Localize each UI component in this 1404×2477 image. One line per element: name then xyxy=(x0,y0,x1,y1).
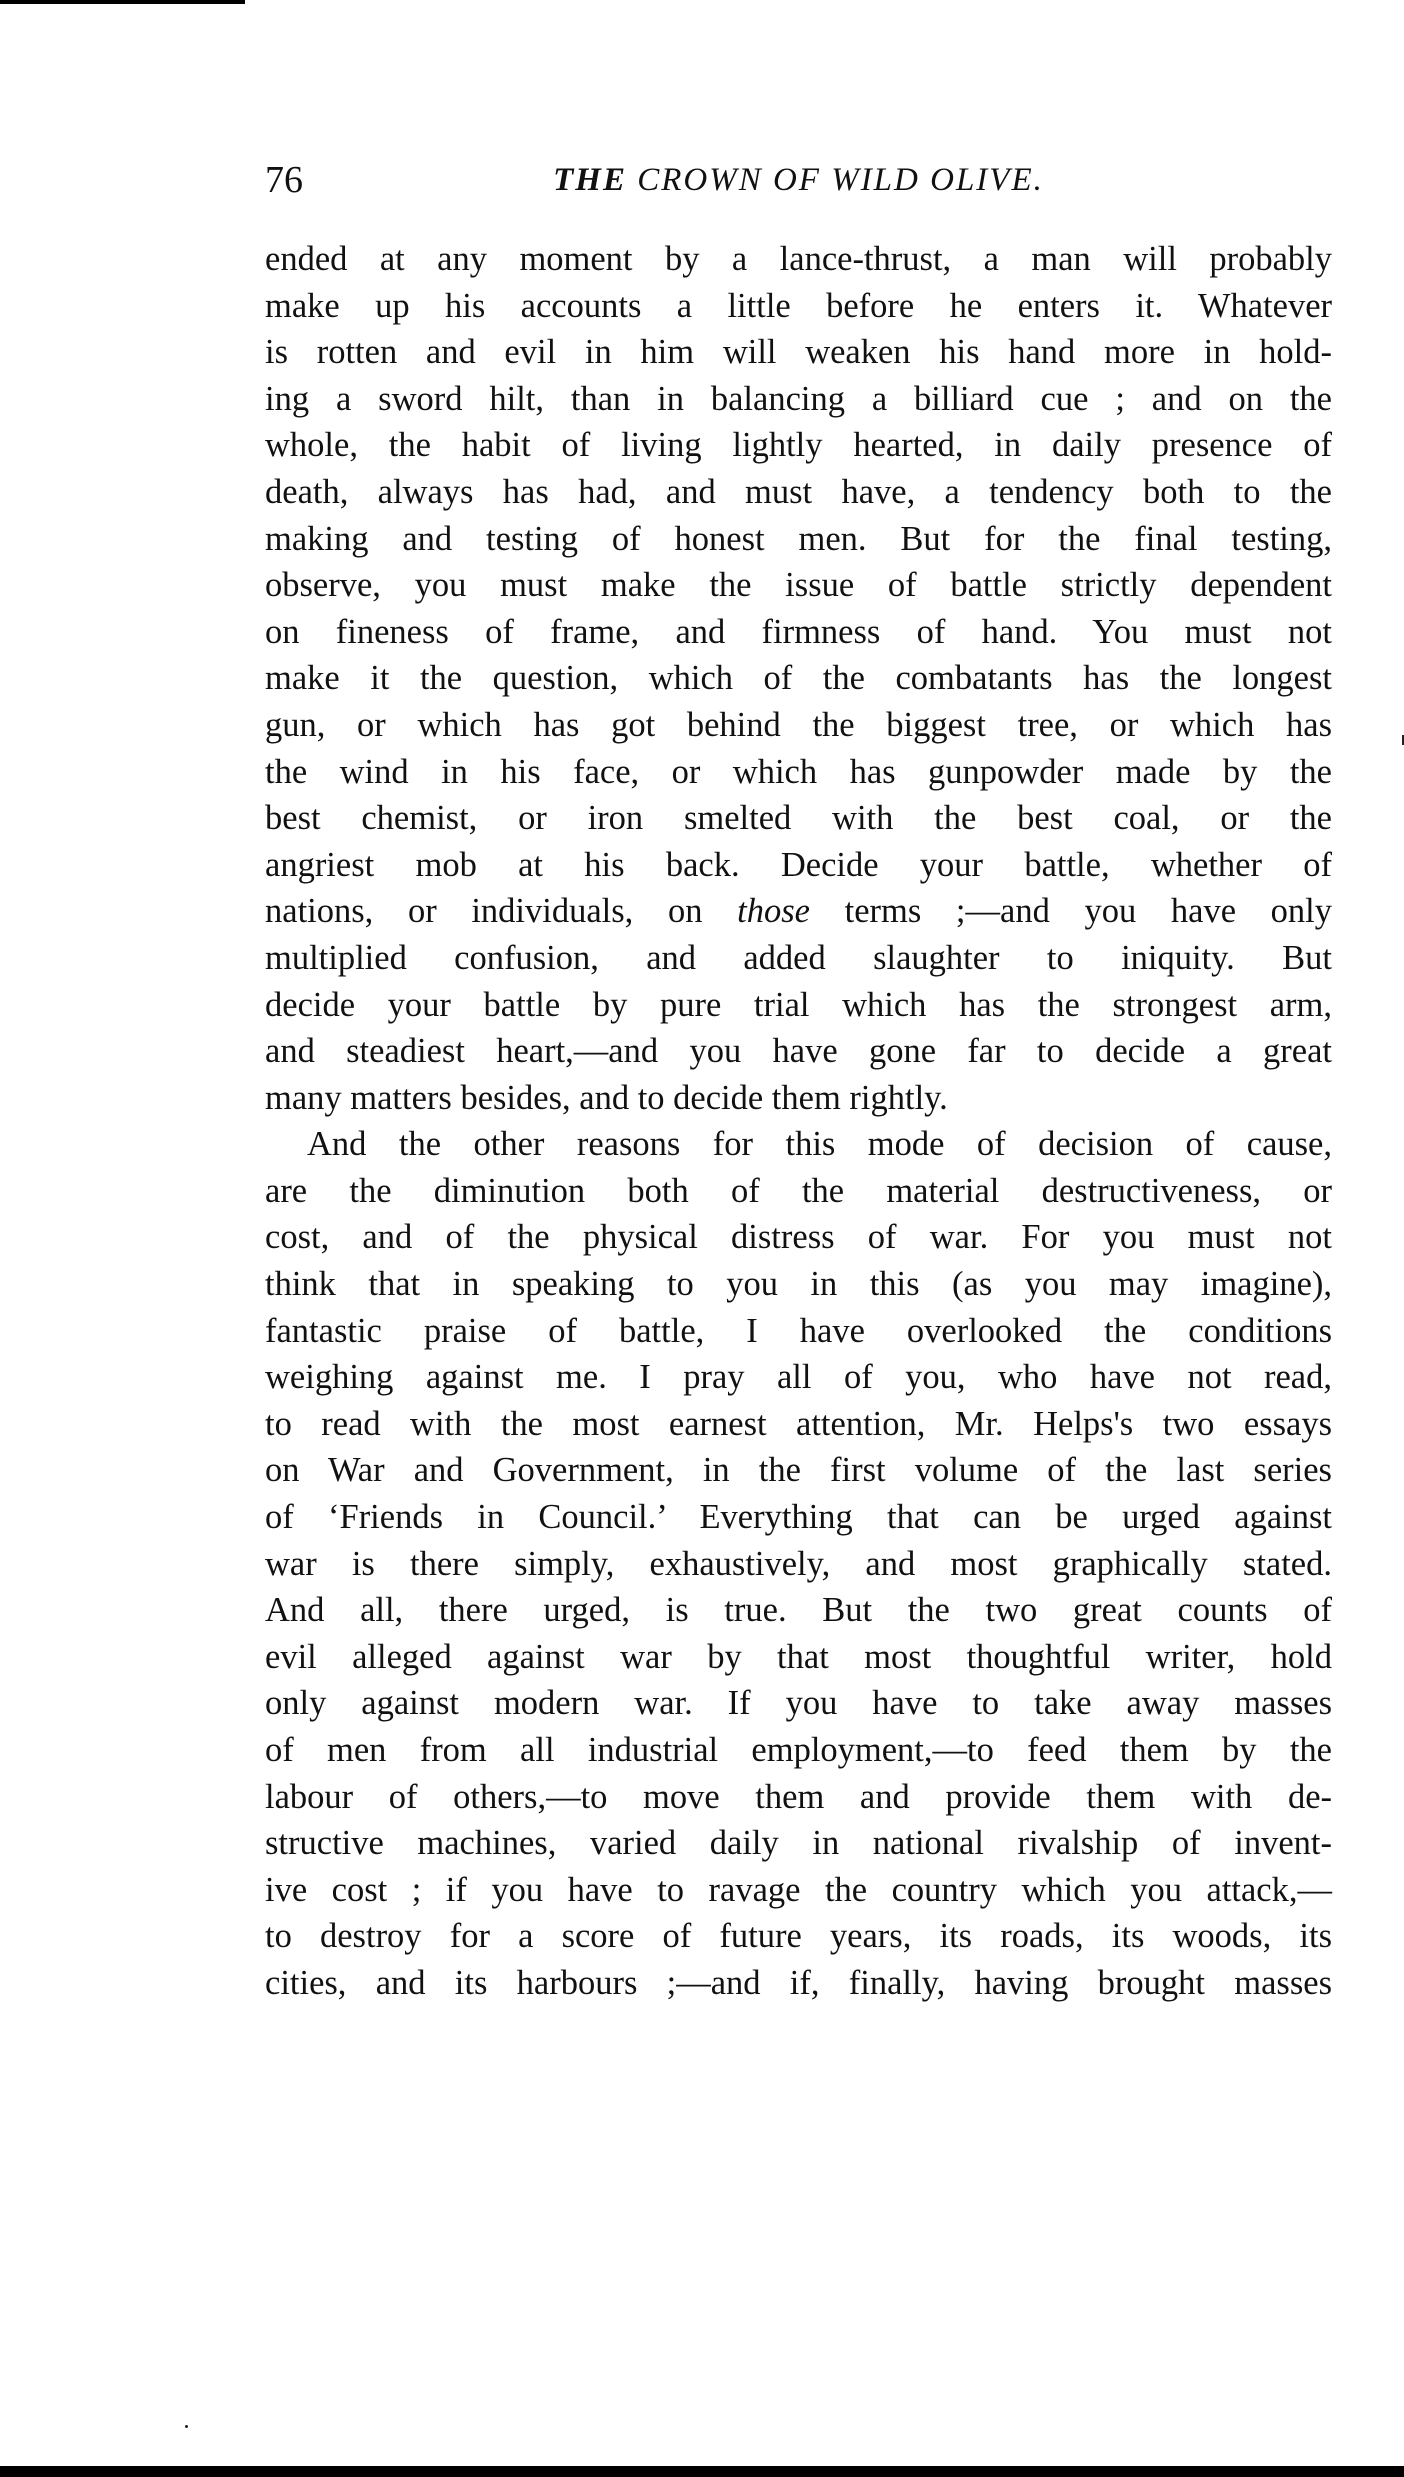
text-line: evil alleged against war by that most th… xyxy=(265,1634,1332,1681)
text-line: only against modern war. If you have to … xyxy=(265,1680,1332,1727)
text-line: structive machines, varied daily in nati… xyxy=(265,1820,1332,1867)
text-line: many matters besides, and to decide them… xyxy=(265,1075,1332,1122)
running-title-rest: CROWN OF WILD OLIVE. xyxy=(627,162,1044,198)
scan-edge-bottom-rule xyxy=(0,2466,1404,2477)
text-line: gun, or which has got behind the biggest… xyxy=(265,702,1332,749)
text-line: the wind in his face, or which has gunpo… xyxy=(265,749,1332,796)
text-line: on War and Government, in the first volu… xyxy=(265,1447,1332,1494)
text-line: make it the question, which of the comba… xyxy=(265,655,1332,702)
text-line: decide your battle by pure trial which h… xyxy=(265,982,1332,1029)
text-line: to read with the most earnest attention,… xyxy=(265,1401,1332,1448)
text-line: are the diminution both of the material … xyxy=(265,1168,1332,1215)
paragraph: And the other reasons for this mode of d… xyxy=(265,1121,1332,2006)
text-line: cost, and of the physical distress of wa… xyxy=(265,1214,1332,1261)
text-line: best chemist, or iron smelted with the b… xyxy=(265,795,1332,842)
running-title: THE CROWN OF WILD OLIVE. xyxy=(265,158,1332,202)
text-line: on fineness of frame, and firmness of ha… xyxy=(265,609,1332,656)
text-line: of ‘Friends in Council.’ Everything that… xyxy=(265,1494,1332,1541)
body-text: ended at any moment by a lance-thrust, a… xyxy=(265,236,1332,2007)
italic-text: those xyxy=(737,892,810,930)
text-line: observe, you must make the issue of batt… xyxy=(265,562,1332,609)
text-line: is rotten and evil in him will weaken hi… xyxy=(265,329,1332,376)
text-line: to destroy for a score of future years, … xyxy=(265,1913,1332,1960)
text-line: think that in speaking to you in this (a… xyxy=(265,1261,1332,1308)
text-line: labour of others,—to move them and provi… xyxy=(265,1774,1332,1821)
scan-edge-top-rule xyxy=(0,0,245,4)
text-line: death, always has had, and must have, a … xyxy=(265,469,1332,516)
text-line: making and testing of honest men. But fo… xyxy=(265,516,1332,563)
text-line: and steadiest heart,—and you have gone f… xyxy=(265,1028,1332,1075)
text-line: angriest mob at his back. Decide your ba… xyxy=(265,842,1332,889)
text-line: ended at any moment by a lance-thrust, a… xyxy=(265,236,1332,283)
text-line: And the other reasons for this mode of d… xyxy=(265,1121,1332,1168)
text-line: ing a sword hilt, than in balancing a bi… xyxy=(265,376,1332,423)
text-line: fantastic praise of battle, I have overl… xyxy=(265,1308,1332,1355)
text-line: war is there simply, exhaustively, and m… xyxy=(265,1541,1332,1588)
text-line: whole, the habit of living lightly heart… xyxy=(265,422,1332,469)
text-line: of men from all industrial employment,—t… xyxy=(265,1727,1332,1774)
text-line: make up his accounts a little before he … xyxy=(265,283,1332,330)
text-line: ive cost ; if you have to ravage the cou… xyxy=(265,1867,1332,1914)
text-line: multiplied confusion, and added slaughte… xyxy=(265,935,1332,982)
text-line: And all, there urged, is true. But the t… xyxy=(265,1587,1332,1634)
text-line: nations, or individuals, on those terms … xyxy=(265,888,1332,935)
text-line: cities, and its harbours ;—and if, final… xyxy=(265,1960,1332,2007)
paragraph: ended at any moment by a lance-thrust, a… xyxy=(265,236,1332,1121)
text-line: weighing against me. I pray all of you, … xyxy=(265,1354,1332,1401)
scan-speck xyxy=(185,2425,188,2428)
page-header: 76 THE CROWN OF WILD OLIVE. xyxy=(265,158,1332,202)
running-title-first-word: THE xyxy=(553,162,627,198)
